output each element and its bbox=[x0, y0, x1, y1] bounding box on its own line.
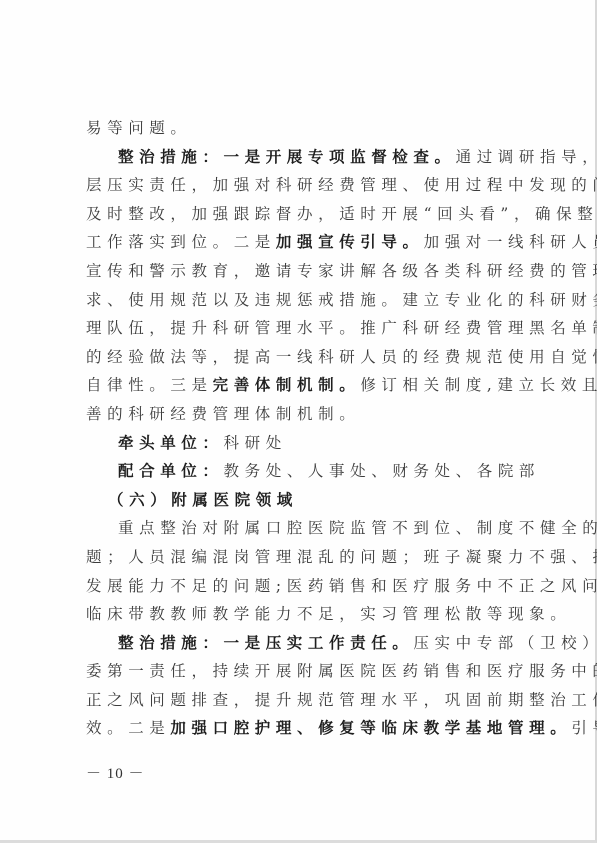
paragraph-line: 求、使用规范以及违规惩戒措施。建立专业化的科研财务管 bbox=[86, 286, 522, 315]
bold-heading-text: 完善体制机制。 bbox=[213, 375, 361, 394]
lead-unit-value: 科研处 bbox=[224, 434, 287, 452]
paragraph-line: 工作落实到位。二是加强宣传引导。加强对一线科研人员的 bbox=[86, 228, 522, 257]
lead-unit-label: 牵头单位： bbox=[118, 433, 224, 452]
body-text: 引导高 bbox=[571, 719, 597, 737]
body-text: 临床带教教师教学能力不足，实习管理松散等现象。 bbox=[86, 605, 571, 623]
paragraph-line: 正之风问题排查，提升规范管理水平，巩固前期整治工作成 bbox=[86, 686, 522, 715]
body-text: 通过调研指导，层 bbox=[456, 148, 597, 166]
paragraph-line: 理队伍，提升科研管理水平。推广科研经费管理黑名单制度 bbox=[86, 314, 522, 343]
body-text: 层压实责任，加强对科研经费管理、使用过程中发现的问题 bbox=[86, 176, 597, 194]
cooperating-units-label: 配合单位： bbox=[118, 461, 224, 480]
body-text: 题；人员混编混岗管理混乱的问题；班子凝聚力不强、推动 bbox=[86, 548, 597, 566]
paragraph-line: 效。二是加强口腔护理、修复等临床教学基地管理。引导高 bbox=[86, 714, 522, 743]
paragraph-line: 发展能力不足的问题;医药销售和医疗服务中不正之风问题; bbox=[86, 572, 522, 601]
body-text: 正之风问题排查，提升规范管理水平，巩固前期整治工作成 bbox=[86, 691, 597, 709]
body-text: 委第一责任，持续开展附属医院医药销售和医疗服务中的不 bbox=[86, 662, 597, 680]
lead-unit-line: 牵头单位：科研处 bbox=[86, 429, 522, 458]
body-text: 自律性。三是 bbox=[86, 376, 213, 394]
body-text: 易等问题。 bbox=[86, 119, 192, 137]
body-text: 宣传和警示教育，邀请专家讲解各级各类科研经费的管理要 bbox=[86, 262, 597, 280]
body-text: 求、使用规范以及违规惩戒措施。建立专业化的科研财务管 bbox=[86, 291, 597, 309]
body-text: 压实中专部（卫校）党 bbox=[413, 634, 597, 652]
body-text: 理队伍，提升科研管理水平。推广科研经费管理黑名单制度 bbox=[86, 319, 597, 337]
cooperating-units-line: 配合单位：教务处、人事处、财务处、各院部 bbox=[86, 457, 522, 486]
document-body: 易等问题。 整治措施：一是开展专项监督检查。通过调研指导，层 层压实责任，加强对… bbox=[86, 114, 522, 743]
bold-heading-text: 加强宣传引导。 bbox=[276, 232, 424, 251]
cooperating-units-value: 教务处、人事处、财务处、各院部 bbox=[224, 462, 541, 480]
paragraph-line: 宣传和警示教育，邀请专家讲解各级各类科研经费的管理要 bbox=[86, 257, 522, 286]
bold-heading-text: 整治措施：一是压实工作责任。 bbox=[118, 633, 413, 652]
paragraph-line: 及时整改，加强跟踪督办，适时开展“回头看”，确保整治 bbox=[86, 200, 522, 229]
paragraph-line: 临床带教教师教学能力不足，实习管理松散等现象。 bbox=[86, 600, 522, 629]
paragraph-line: 题；人员混编混岗管理混乱的问题；班子凝聚力不强、推动 bbox=[86, 543, 522, 572]
paragraph-line: 的经验做法等，提高一线科研人员的经费规范使用自觉性、 bbox=[86, 343, 522, 372]
section-heading-text: （六）附属医院领域 bbox=[108, 490, 298, 509]
body-text: 效。二是 bbox=[86, 719, 170, 737]
paragraph-line: 自律性。三是完善体制机制。修订相关制度,建立长效且完 bbox=[86, 371, 522, 400]
page-number: － 10 － bbox=[86, 762, 145, 783]
document-page: 易等问题。 整治措施：一是开展专项监督检查。通过调研指导，层 层压实责任，加强对… bbox=[0, 0, 597, 843]
body-text: 的经验做法等，提高一线科研人员的经费规范使用自觉性、 bbox=[86, 348, 597, 366]
paragraph-line: 层压实责任，加强对科研经费管理、使用过程中发现的问题 bbox=[86, 171, 522, 200]
body-text: 修订相关制度,建立长效且完 bbox=[360, 376, 597, 394]
body-text: 及时整改，加强跟踪督办，适时开展“回头看”，确保整治 bbox=[86, 205, 597, 223]
body-text: 重点整治对附属口腔医院监管不到位、制度不健全的问 bbox=[118, 519, 597, 537]
bold-heading-text: 整治措施：一是开展专项监督检查。 bbox=[118, 147, 456, 166]
paragraph-line: 重点整治对附属口腔医院监管不到位、制度不健全的问 bbox=[86, 514, 522, 543]
paragraph-line: 委第一责任，持续开展附属医院医药销售和医疗服务中的不 bbox=[86, 657, 522, 686]
paragraph-line: 整治措施：一是压实工作责任。压实中专部（卫校）党 bbox=[86, 629, 522, 658]
paragraph-line: 易等问题。 bbox=[86, 114, 522, 143]
body-text: 工作落实到位。二是 bbox=[86, 233, 276, 251]
body-text: 善的科研经费管理体制机制。 bbox=[86, 405, 360, 423]
paragraph-line: 整治措施：一是开展专项监督检查。通过调研指导，层 bbox=[86, 143, 522, 172]
body-text: 加强对一线科研人员的 bbox=[424, 233, 597, 251]
section-heading: （六）附属医院领域 bbox=[86, 486, 522, 515]
paragraph-line: 善的科研经费管理体制机制。 bbox=[86, 400, 522, 429]
bold-heading-text: 加强口腔护理、修复等临床教学基地管理。 bbox=[170, 718, 571, 737]
body-text: 发展能力不足的问题;医药销售和医疗服务中不正之风问题; bbox=[86, 577, 597, 595]
